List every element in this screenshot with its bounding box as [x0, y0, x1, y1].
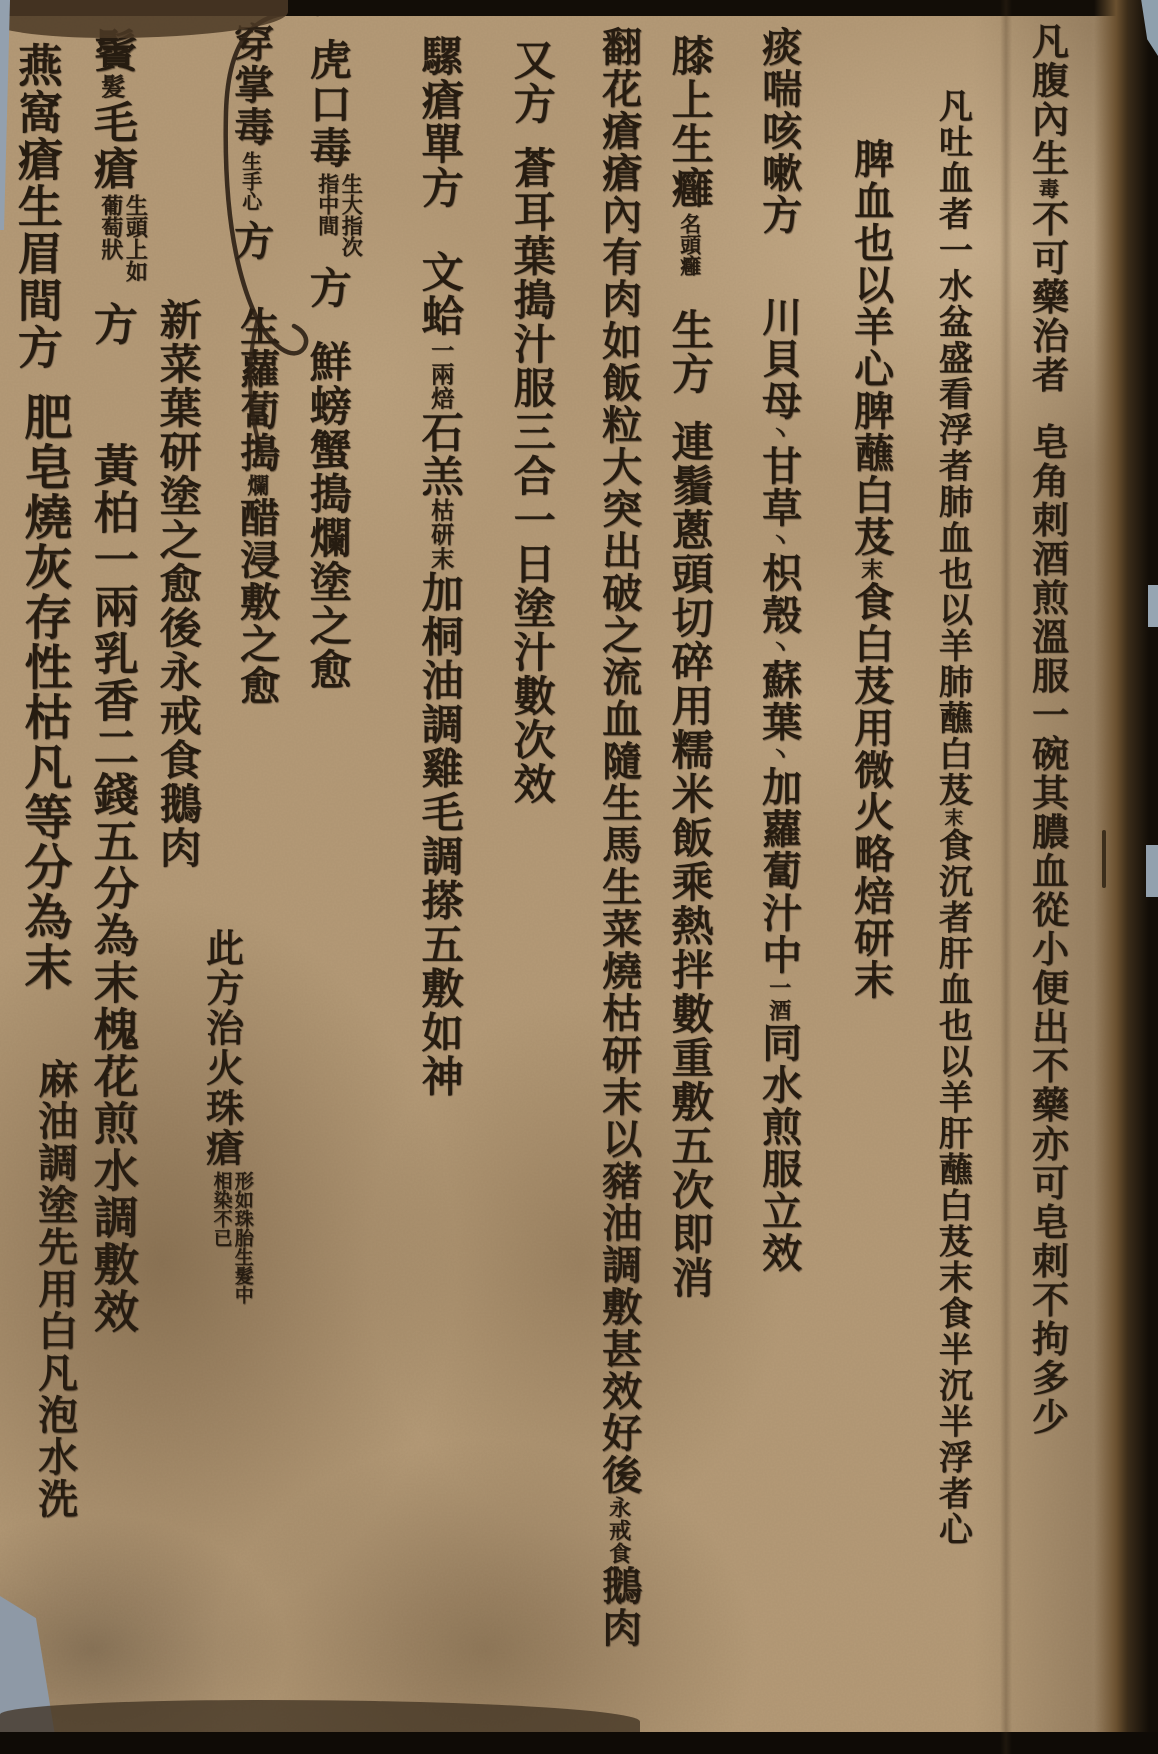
- column-text: 食沉者肝血也以羊肝蘸白芨末食半沉半浮者心: [932, 828, 972, 1548]
- column-text: 方: [86, 301, 137, 347]
- fold-crease: [1000, 0, 1012, 1754]
- column-text: 醋浸敷之愈: [234, 497, 281, 707]
- column-text: 虎口毒: [304, 38, 353, 170]
- column-gap: [531, 126, 533, 146]
- column-text: 蘇葉: [756, 659, 803, 743]
- annotation-text: 名頭癰: [678, 213, 702, 305]
- page-edge-gap-1: [1148, 585, 1158, 627]
- annotation-text: 末: [941, 808, 963, 828]
- column-gap: [439, 210, 441, 250]
- annotation-text: 丶: [766, 422, 792, 445]
- column-text: 麻油調塗先用白凡泡水洗: [32, 1058, 79, 1520]
- annotation-text: 丶: [766, 636, 792, 659]
- column-text: 鮮螃蟹搗爛塗之愈: [304, 340, 353, 692]
- column-4-phlegm-cough: 痰喘咳嗽方川貝母丶甘草丶枳殼丶蘇葉丶加蘿蔔汁中一酒同水煎服立效: [758, 26, 800, 1274]
- column-text: 生方: [666, 308, 715, 396]
- column-12-temple-hair-sore-header: 鬢髮毛瘡生頭上如葡萄狀方: [88, 28, 147, 347]
- annotation-text: 爛: [244, 474, 270, 497]
- column-text: 毛瘡: [86, 99, 137, 191]
- column-gap: [1046, 394, 1048, 422]
- annotation-text: 髮: [97, 74, 126, 99]
- column-text: 新菜葉研塗之愈後永戒食鵝肉: [154, 298, 203, 870]
- column-text: 不可藥治者: [1025, 199, 1069, 394]
- column-gap: [689, 396, 691, 420]
- column-text: 方: [228, 220, 275, 262]
- column-text: 文蛤: [416, 250, 465, 338]
- annotation-text: 生頭上如葡萄狀: [98, 194, 147, 298]
- annotation-text: 末: [858, 558, 884, 581]
- column-2-vomiting-blood: 凡吐血者一水盆盛看浮者肺血也以羊肺蘸白芨末食沉者肝血也以羊肝蘸白芨末食半沉半浮者…: [934, 88, 969, 1548]
- page-edge-bottom: [0, 1732, 1158, 1754]
- column-10-fire-pearl-note: 此方治火珠瘡形如珠胎生髮中相染不已: [202, 928, 253, 1314]
- manuscript-page: 凡腹內生毒不可藥治者皂角刺酒煎溫服一碗其膿血從小便出不藥亦可皂刺不拘多少凡吐血者…: [0, 0, 1158, 1754]
- manuscript-scan: 凡腹內生毒不可藥治者皂角刺酒煎溫服一碗其膿血從小便出不藥亦可皂刺不拘多少凡吐血者…: [0, 0, 1158, 1754]
- column-text: 鵝肉: [596, 1565, 643, 1649]
- column-text: 又方: [508, 38, 557, 126]
- annotation-text: 生大指次指中間: [316, 173, 363, 263]
- column-5-knee-abscess: 膝上生癰名頭癰生方連鬚蔥頭切碎用糯米飯乘熱拌數重敷五次即消: [668, 34, 712, 1300]
- page-edge-gap-2: [1146, 845, 1158, 897]
- column-text: 生蘿蔔搗: [234, 306, 281, 474]
- column-text: 加蘿蔔汁中: [756, 766, 803, 976]
- annotation-text: 枯研末: [427, 498, 454, 570]
- column-text: 川貝母: [756, 296, 803, 422]
- column-1-abdominal-toxin: 凡腹內生毒不可藥治者皂角刺酒煎溫服一碗其膿血從小便出不藥亦可皂刺不拘多少: [1028, 22, 1066, 1436]
- column-text: 黃柏一兩乳香二錢五分為末槐花煎水調敷效: [86, 442, 139, 1335]
- column-11-fresh-leaf-remedy: 新菜葉研塗之愈後永戒食鵝肉: [156, 298, 200, 870]
- column-text: 膝上生癰: [666, 34, 715, 210]
- column-text: 痰喘咳嗽方: [756, 26, 803, 236]
- column-text: 騾瘡單方: [416, 34, 465, 210]
- column-12-temple-hair-sore-body: 黃柏一兩乳香二錢五分為末槐花煎水調敷效: [88, 442, 135, 1335]
- column-3-spleen-blood: 脾血也以羊心脾蘸白芨末食白芨用微火略焙研末: [850, 138, 892, 1001]
- column-13-swallow-nest-sore-header: 燕窩瘡生眉間方: [12, 42, 59, 371]
- column-text: 蒼耳葉搗汁服三合一日塗汁數次效: [508, 146, 557, 806]
- annotation-text: 丶: [766, 743, 792, 766]
- column-text: 此方治火珠瘡: [200, 928, 245, 1168]
- column-6-fanhua-sore: 翻花瘡瘡內有肉如飯粒大突出破之流血隨生馬生菜燒枯研末以豬油調敷甚效好後永戒食鵝肉: [598, 26, 640, 1649]
- column-text: 加桐油調雞毛調搽五敷如神: [416, 571, 465, 1099]
- column-text: 皂角刺酒煎溫服一碗其膿血從小便出不藥亦可皂刺不拘多少: [1025, 422, 1069, 1436]
- page-gutter-shadow: [1094, 0, 1128, 1754]
- column-text: 凡吐血者一水盆盛看浮者肺血也以羊肺蘸白芨: [932, 88, 972, 808]
- column-text: 翻花瘡瘡內有肉如飯粒大突出破之流血隨生馬生菜燒枯研末以豬油調敷甚效好後: [596, 26, 643, 1496]
- annotation-text: 生手心: [239, 151, 261, 217]
- column-gap: [327, 310, 329, 340]
- column-text: 同水煎服立效: [756, 1022, 803, 1274]
- column-text: 肥皂燒灰存性枯凡等分為末: [16, 392, 72, 992]
- column-10-palm-toxin-body: 生蘿蔔搗爛醋浸敷之愈: [236, 306, 278, 707]
- column-9-tiger-mouth-toxin: 虎口毒生大指次指中間方鮮螃蟹搗爛塗之愈: [306, 38, 363, 692]
- column-text: 石羔: [416, 410, 465, 498]
- annotation-text: 一酒: [766, 976, 792, 1022]
- column-7-alternate-recipe: 又方蒼耳葉搗汁服三合一日塗汁數次效: [510, 38, 554, 806]
- annotation-text: 形如珠胎生髮中相染不已: [210, 1171, 253, 1311]
- column-10-palm-toxin-header: 穿掌毒生手心方: [230, 22, 272, 262]
- column-text: 枳殼: [756, 552, 803, 636]
- column-text: 甘草: [756, 445, 803, 529]
- column-text: 凡腹內生: [1025, 22, 1069, 178]
- annotation-text: 永戒食: [606, 1496, 632, 1565]
- annotation-text: 一兩焙: [427, 338, 454, 410]
- column-text: 燕窩瘡生眉間方: [10, 42, 63, 371]
- column-8-luo-sore: 騾瘡單方文蛤一兩焙石羔枯研末加桐油調雞毛調搽五敷如神: [418, 34, 462, 1099]
- column-text: 方: [304, 266, 353, 310]
- annotation-text: 毒: [1035, 178, 1059, 199]
- binding-stitch-mark: [1102, 830, 1106, 888]
- column-text: 食白芨用微火略焙研末: [848, 581, 895, 1001]
- column-text: 連鬚蔥頭切碎用糯米飯乘熱拌數重敷五次即消: [666, 420, 715, 1300]
- column-text: 穿掌毒: [228, 22, 275, 148]
- column-13-swallow-nest-sore-body2: 麻油調塗先用白凡泡水洗: [34, 1058, 76, 1520]
- annotation-text: 丶: [766, 529, 792, 552]
- column-13-swallow-nest-sore-body: 肥皂燒灰存性枯凡等分為末: [18, 392, 68, 992]
- column-text: 脾血也以羊心脾蘸白芨: [848, 138, 895, 558]
- column-gap: [778, 236, 780, 296]
